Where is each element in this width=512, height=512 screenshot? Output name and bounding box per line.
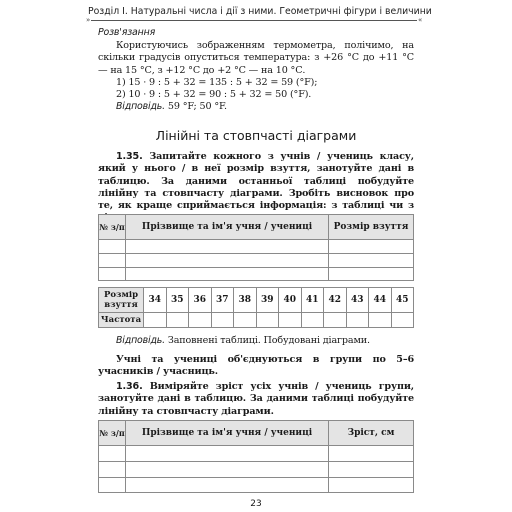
section-heading: Лінійні та стовпчасті діаграми [98, 128, 414, 143]
size-cell: 40 [279, 288, 302, 313]
col-number: № з/п [99, 215, 126, 240]
cell[interactable] [99, 462, 126, 478]
solution-answer: Відповідь. 59 °F; 50 °F. [116, 101, 414, 113]
frequency-cell[interactable] [189, 313, 212, 328]
row-label-frequency: Частота [99, 313, 144, 328]
frequency-cell[interactable] [369, 313, 392, 328]
frequency-cell[interactable] [279, 313, 302, 328]
size-cell: 43 [346, 288, 369, 313]
cell[interactable] [99, 478, 126, 493]
row-label-size: Розмір взуття [99, 288, 144, 313]
size-cell: 38 [234, 288, 257, 313]
cell[interactable] [99, 240, 126, 254]
header-rule [91, 20, 417, 21]
cell[interactable] [99, 446, 126, 462]
size-cell: 41 [301, 288, 324, 313]
task-1-36: 1.36. Виміряйте зріст усіх учнів / учени… [98, 381, 414, 418]
cell[interactable] [126, 240, 329, 254]
cell[interactable] [126, 478, 329, 493]
size-cell: 45 [391, 288, 414, 313]
size-cell: 37 [211, 288, 234, 313]
cell[interactable] [126, 462, 329, 478]
frequency-cell[interactable] [391, 313, 414, 328]
answer-text: 59 °F; 50 °F. [165, 101, 227, 112]
rule-ornament-left: » [86, 16, 90, 24]
shoe-size-frequency-table: Розмір взуття 34 35 36 37 38 39 40 41 42… [98, 287, 414, 328]
cell[interactable] [99, 254, 126, 268]
answer-text: Заповнені таблиці. Побудовані діаграми. [165, 335, 370, 346]
solution-text: Користуючись зображенням термометра, пол… [98, 40, 414, 77]
col-name: Прізвище та ім'я учня / учениці [126, 215, 329, 240]
col-height: Зріст, см [329, 421, 414, 446]
students-height-table: № з/п Прізвище та ім'я учня / учениці Зр… [98, 420, 414, 493]
col-name: Прізвище та ім'я учня / учениці [126, 421, 329, 446]
size-cell: 39 [256, 288, 279, 313]
size-cell: 42 [324, 288, 347, 313]
cell[interactable] [329, 478, 414, 493]
cell[interactable] [99, 268, 126, 281]
task-text: Виміряйте зріст усіх учнів / учениць гру… [98, 381, 414, 417]
size-cell: 44 [369, 288, 392, 313]
task-number: 1.36. [116, 381, 143, 392]
task-number: 1.35. [116, 151, 143, 162]
cell[interactable] [329, 254, 414, 268]
group-note: Учні та учениці об'єднуються в групи по … [98, 354, 414, 379]
frequency-cell[interactable] [346, 313, 369, 328]
cell[interactable] [329, 240, 414, 254]
size-cell: 35 [166, 288, 189, 313]
cell[interactable] [126, 254, 329, 268]
frequency-cell[interactable] [234, 313, 257, 328]
students-shoe-size-table: № з/п Прізвище та ім'я учня / учениці Ро… [98, 214, 414, 281]
size-cell: 34 [144, 288, 167, 313]
frequency-cell[interactable] [166, 313, 189, 328]
answer-label: Відповідь. [116, 101, 165, 112]
frequency-cell[interactable] [324, 313, 347, 328]
solution-step-2: 2) 10 · 9 : 5 + 32 = 90 : 5 + 32 = 50 (°… [116, 89, 414, 101]
size-cell: 36 [189, 288, 212, 313]
answer-label: Відповідь. [116, 335, 165, 346]
cell[interactable] [329, 462, 414, 478]
col-shoe-size: Розмір взуття [329, 215, 414, 240]
frequency-cell[interactable] [256, 313, 279, 328]
cell[interactable] [126, 268, 329, 281]
page-number: 23 [240, 499, 272, 509]
col-number: № з/п [99, 421, 126, 446]
solution-step-1: 1) 15 · 9 : 5 + 32 = 135 : 5 + 32 = 59 (… [116, 77, 414, 89]
running-header: Розділ І. Натуральні числа і дії з ними.… [88, 6, 424, 17]
frequency-cell[interactable] [144, 313, 167, 328]
cell[interactable] [329, 446, 414, 462]
frequency-cell[interactable] [301, 313, 324, 328]
rule-ornament-right: « [418, 16, 422, 24]
solution-label: Розв'язання [98, 27, 414, 39]
frequency-cell[interactable] [211, 313, 234, 328]
cell[interactable] [329, 268, 414, 281]
task-1-35-answer: Відповідь. Заповнені таблиці. Побудовані… [98, 335, 414, 347]
cell[interactable] [126, 446, 329, 462]
task-text: Запитайте кожного з учнів / учениць клас… [98, 151, 414, 223]
